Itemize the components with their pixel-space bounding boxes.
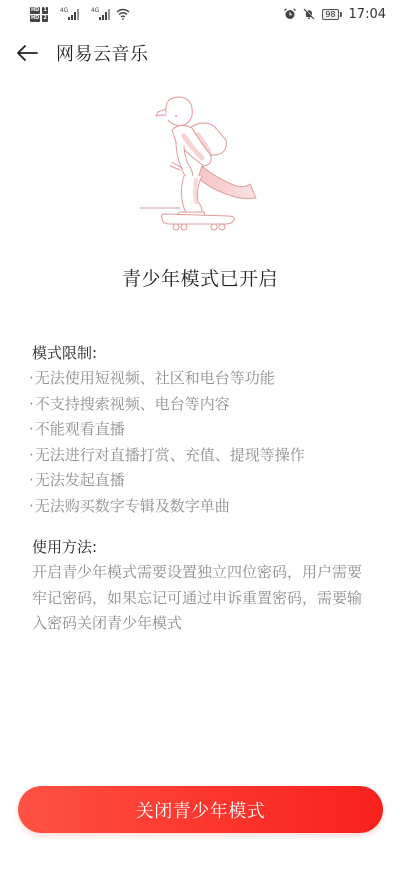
usage-description: 开启青少年模式需要设置独立四位密码，用户需要牢记密码，如果忘记可通过申诉重置密码… — [32, 560, 364, 637]
page-title: 网易云音乐 — [56, 40, 149, 66]
usage-title: 使用方法: — [32, 534, 364, 560]
app-header: 网易云音乐 — [0, 34, 400, 72]
close-teen-mode-button[interactable]: 关闭青少年模式 — [18, 786, 383, 833]
skateboarder-illustration — [140, 92, 270, 237]
restrictions-section: 模式限制: ·无法使用短视频、社区和电台等功能 ·不支持搜索视频、电台等内容 ·… — [32, 340, 372, 520]
teen-mode-status-title: 青少年模式已开启 — [0, 264, 400, 291]
teen-mode-screen: HD 1 HD 2 4G 4G — [0, 0, 400, 888]
status-bar-left: HD 1 HD 2 4G 4G — [30, 7, 130, 22]
clock: 17:04 — [349, 7, 386, 22]
sim2-indicator: HD 2 — [30, 15, 48, 22]
battery-level: 98 — [322, 9, 338, 20]
usage-section: 使用方法: 开启青少年模式需要设置独立四位密码，用户需要牢记密码，如果忘记可通过… — [32, 534, 364, 637]
arrow-left-icon — [16, 45, 38, 61]
sim1-indicator: HD 1 — [30, 7, 48, 14]
hd-badge: HD — [30, 7, 40, 14]
network-type: 4G — [91, 7, 99, 14]
network-type: 4G — [60, 7, 68, 14]
restrictions-title: 模式限制: — [32, 340, 372, 366]
restriction-item: ·不支持搜索视频、电台等内容 — [32, 392, 372, 418]
status-bar-right: 98 17:04 — [284, 7, 386, 22]
signal-icon: 4G — [54, 8, 79, 20]
hd-badge: HD — [30, 15, 40, 22]
restriction-item: ·不能观看直播 — [32, 417, 372, 443]
sim-indicators: HD 1 HD 2 — [30, 7, 48, 22]
restriction-item: ·无法进行对直播打赏、充值、提现等操作 — [32, 443, 372, 469]
sim-number: 2 — [42, 15, 47, 22]
restriction-item: ·无法购买数字专辑及数字单曲 — [32, 494, 372, 520]
signal-icon: 4G — [85, 8, 110, 20]
back-button[interactable] — [12, 38, 42, 68]
wifi-icon — [116, 8, 130, 20]
restriction-item: ·无法使用短视频、社区和电台等功能 — [32, 366, 372, 392]
battery-icon: 98 — [322, 9, 341, 20]
sim-number: 1 — [42, 7, 47, 14]
alarm-icon — [284, 8, 296, 20]
bell-muted-icon — [303, 8, 315, 20]
status-bar: HD 1 HD 2 4G 4G — [0, 0, 400, 28]
restriction-item: ·无法发起直播 — [32, 468, 372, 494]
